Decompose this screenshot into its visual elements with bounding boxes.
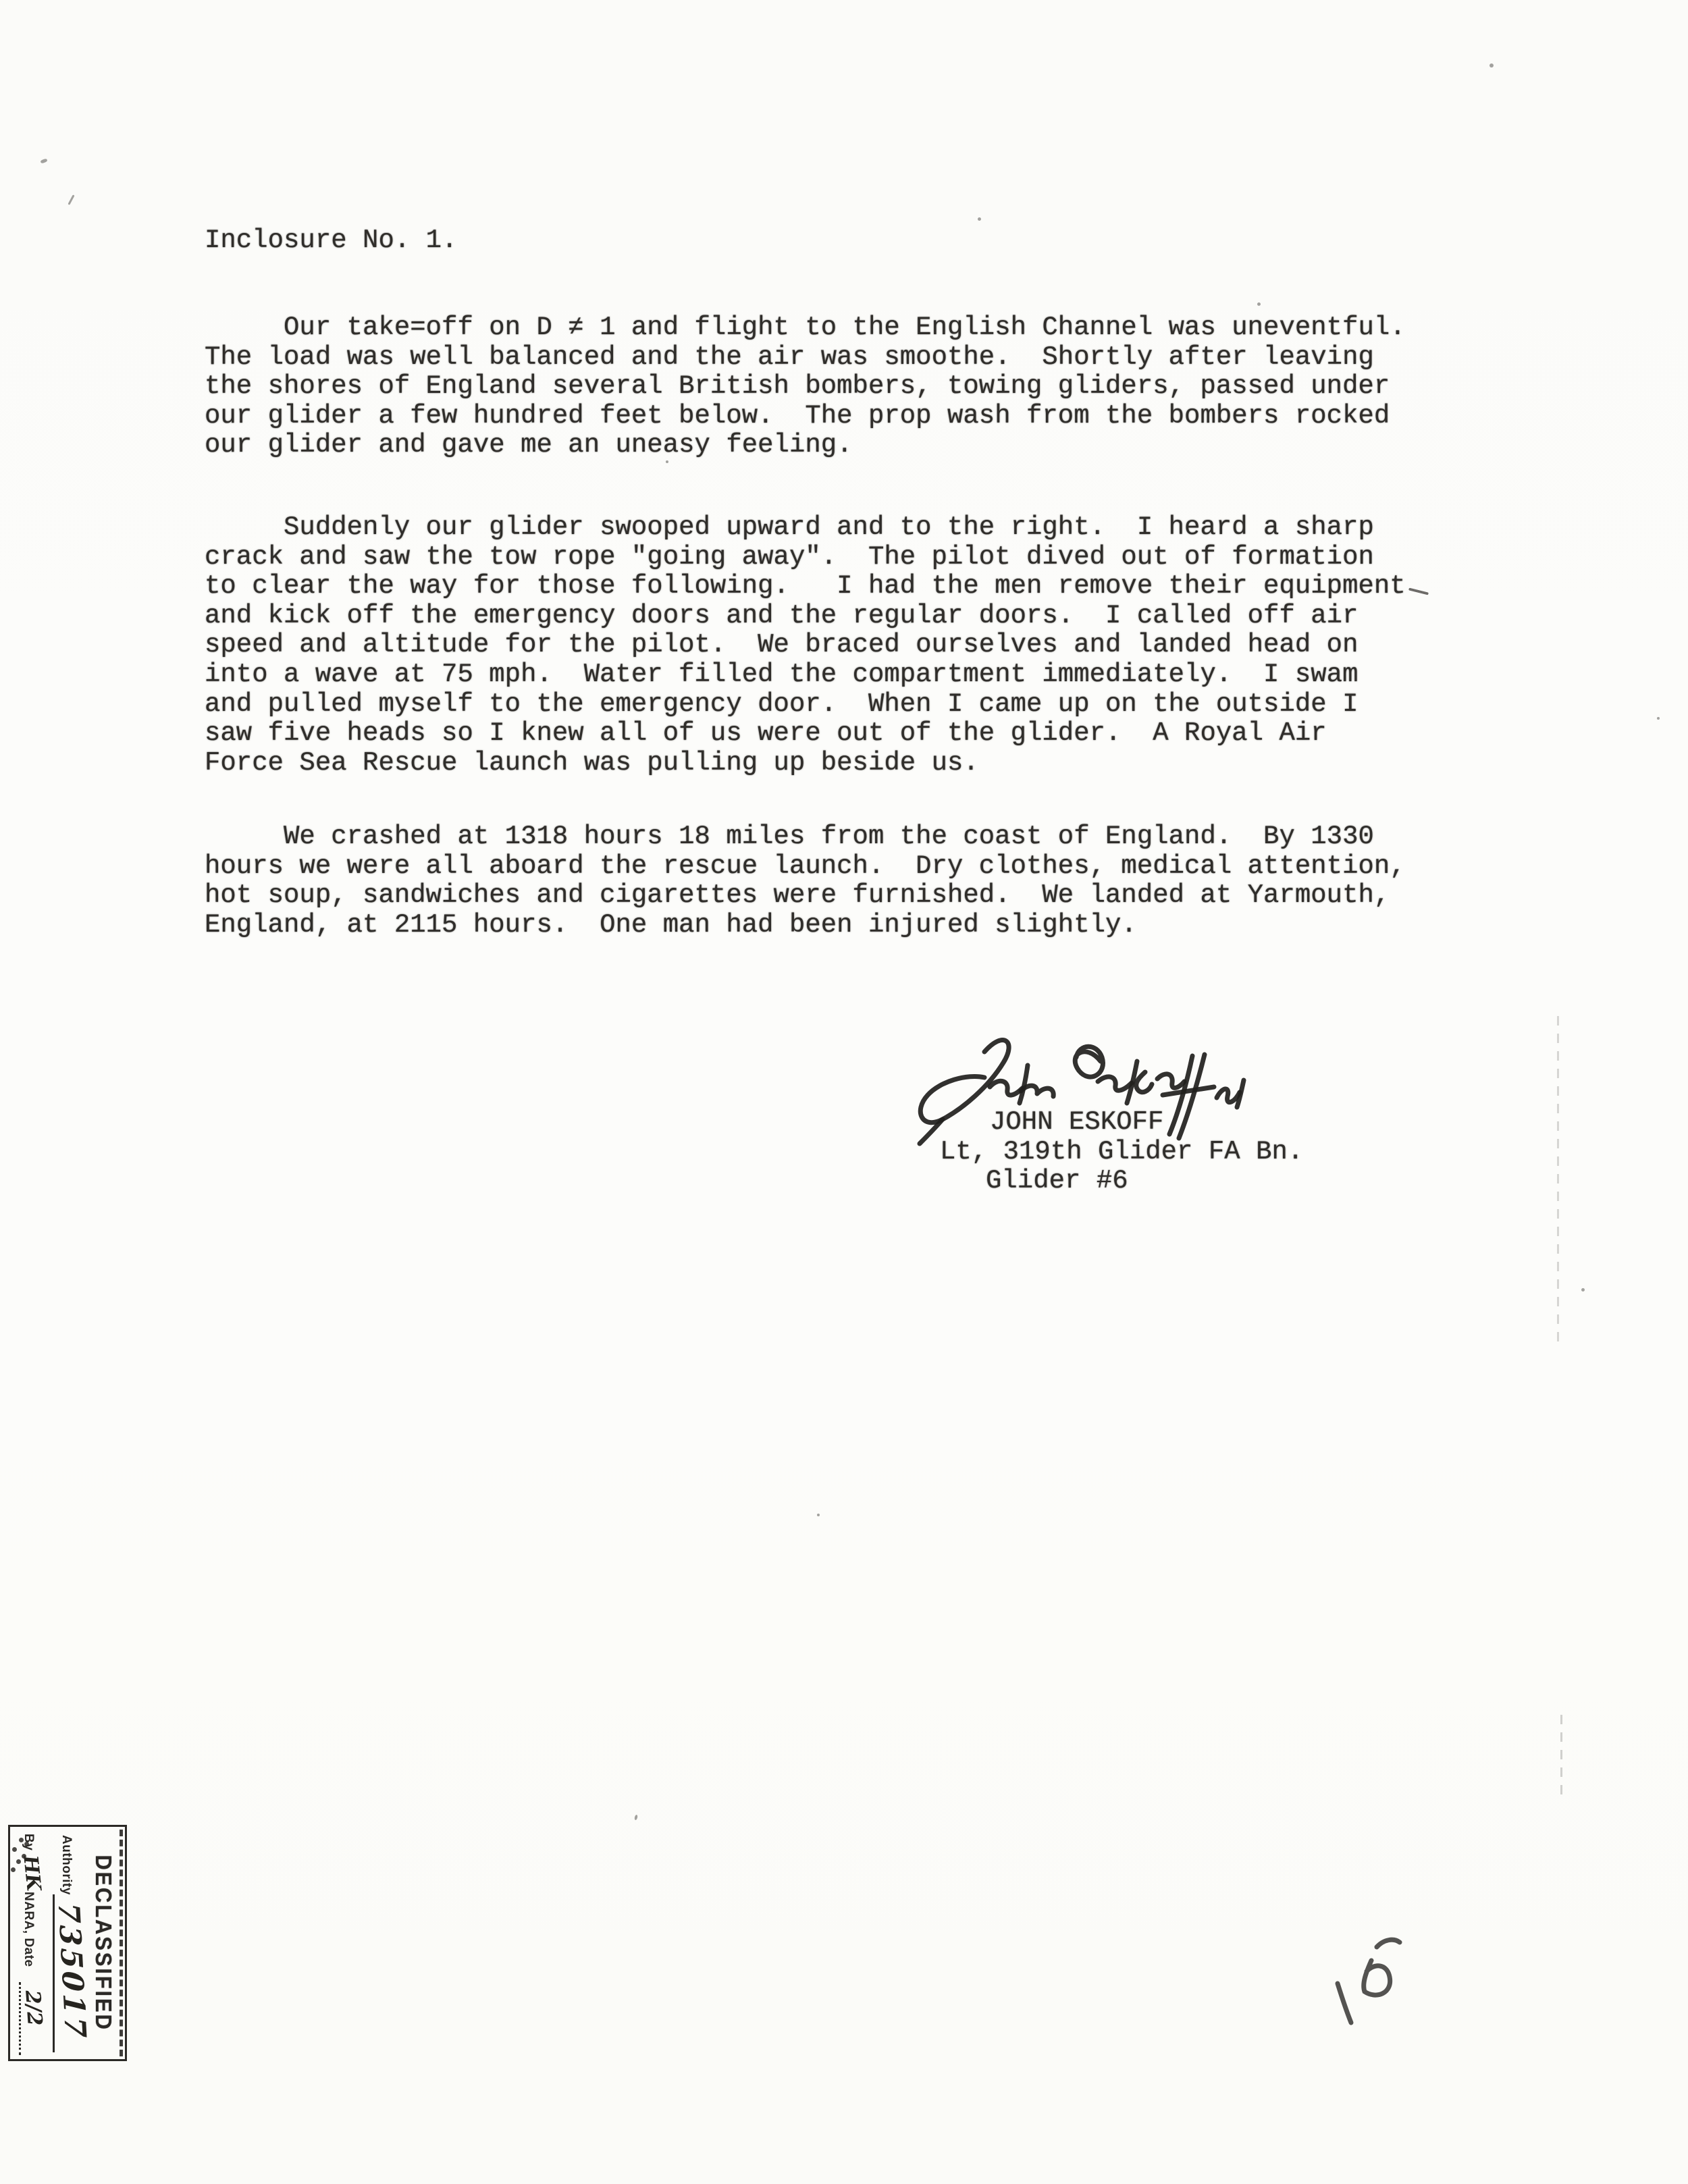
stamp-border-rule <box>120 1830 123 2056</box>
signature-unit-line: Lt, 319th Glider FA Bn. <box>940 1137 1303 1167</box>
scan-speck <box>817 1514 820 1516</box>
text-line: our glider a few hundred feet below. The… <box>205 402 1440 431</box>
stamp-ink-dot <box>24 1842 29 1846</box>
scan-speck <box>1581 1288 1585 1291</box>
scan-artifact-line <box>1560 1715 1562 1796</box>
signature-typed-name: JOHN ESKOFF <box>990 1107 1163 1137</box>
scan-speck <box>666 460 668 463</box>
text-line: crack and saw the tow rope "going away".… <box>205 543 1440 572</box>
paragraph-2: Suddenly our glider swooped upward and t… <box>205 513 1440 778</box>
stamp-date-underline <box>19 1982 21 2055</box>
scan-speck <box>978 217 981 221</box>
stamp-by-initials: HK <box>19 1854 45 1892</box>
stamp-ink-dot <box>16 1859 21 1864</box>
stamp-title: DECLASSIFIED <box>90 1834 116 2052</box>
stamp-ink-dot <box>12 1847 17 1852</box>
stamp-date-value: 2/2 <box>20 1990 47 2027</box>
text-line: saw five heads so I knew all of us were … <box>205 719 1440 749</box>
text-line: Our take=off on D ≠ 1 and flight to the … <box>205 313 1440 343</box>
text-line: The load was well balanced and the air w… <box>205 343 1440 373</box>
text-line: Force Sea Rescue launch was pulling up b… <box>205 749 1440 778</box>
scan-speck <box>1257 302 1261 306</box>
stamp-ink-dot <box>11 1867 16 1872</box>
stamp-agency-date-label: NARA, Date <box>21 1892 36 1967</box>
text-line: to clear the way for those following. I … <box>205 572 1440 602</box>
text-line: hot soup, sandwiches and cigarettes were… <box>205 881 1440 911</box>
text-line: and kick off the emergency doors and the… <box>205 602 1440 631</box>
scan-artifact-line <box>1557 1016 1559 1347</box>
scan-speck <box>40 158 47 163</box>
text-line: our glider and gave me an uneasy feeling… <box>205 431 1440 460</box>
paragraph-3: We crashed at 1318 hours 18 miles from t… <box>205 822 1440 940</box>
text-line: hours we were all aboard the rescue laun… <box>205 852 1440 882</box>
scan-speck <box>1489 63 1494 68</box>
stamp-authority-underline <box>53 1894 55 2052</box>
declassified-stamp: DECLASSIFIED Authority 735017 By HK NARA… <box>8 1825 127 2061</box>
scan-speck <box>1657 717 1660 720</box>
document-page: Inclosure No. 1. Our take=off on D ≠ 1 a… <box>0 0 1688 2184</box>
stamp-ink-dot <box>19 1838 24 1842</box>
text-line: speed and altitude for the pilot. We bra… <box>205 631 1440 660</box>
scan-speck <box>634 1815 638 1821</box>
text-line: Suddenly our glider swooped upward and t… <box>205 513 1440 543</box>
stamp-ink-dot <box>22 1854 26 1859</box>
handwritten-page-number <box>1313 1931 1415 2046</box>
scan-speck <box>68 194 74 205</box>
text-line: England, at 2115 hours. One man had been… <box>205 911 1440 940</box>
text-line: and pulled myself to the emergency door.… <box>205 690 1440 720</box>
stamp-authority-label: Authority <box>59 1835 74 1895</box>
document-heading: Inclosure No. 1. <box>205 225 457 255</box>
text-line: We crashed at 1318 hours 18 miles from t… <box>205 822 1440 852</box>
signature-glider-line: Glider #6 <box>986 1166 1128 1196</box>
text-line: into a wave at 75 mph. Water filled the … <box>205 660 1440 690</box>
stamp-authority-value: 735017 <box>51 1902 93 2041</box>
text-line: the shores of England several British bo… <box>205 372 1440 402</box>
paragraph-1: Our take=off on D ≠ 1 and flight to the … <box>205 313 1440 460</box>
